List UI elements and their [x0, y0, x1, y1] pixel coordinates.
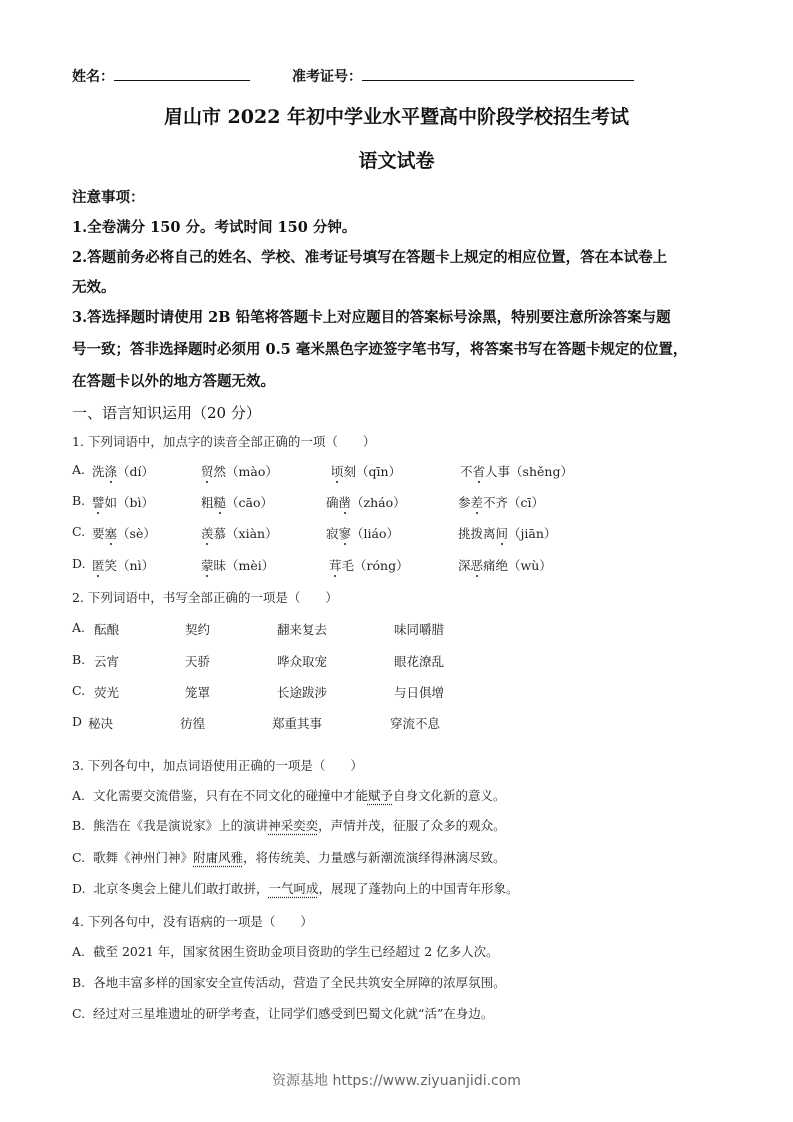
notice-item: 1.全卷满分 150 分。考试时间 150 分钟。 — [72, 216, 356, 237]
emphasized-phrase: 神采奕奕 — [268, 818, 318, 833]
q2-word: 契约 — [185, 620, 210, 638]
q1-b-item: 粗糙（cāo） — [201, 493, 273, 511]
exam-no-label: 准考证号： — [292, 69, 362, 85]
candidate-info-line: 姓名：准考证号： — [72, 66, 634, 86]
q2-option-b: B. 云宵 天骄 哗众取宠 眼花潦乱 — [72, 652, 85, 667]
footer-watermark: 资源基地 https://www.ziyuanjidi.com — [0, 1070, 793, 1090]
name-label: 姓名： — [72, 69, 114, 85]
q1-c-item: 羡慕（xiàn） — [201, 524, 278, 542]
notice-heading: 注意事项： — [72, 186, 145, 207]
q1-d-item: 茸毛（róng） — [329, 556, 409, 574]
q1-b-item: 确凿（zháo） — [326, 493, 406, 511]
q2-word: 云宵 — [94, 652, 119, 670]
q1-b-item: 参差不齐（cī） — [458, 493, 544, 511]
name-blank — [114, 66, 250, 81]
notice-item: 2.答题前务必将自己的姓名、学校、准考证号填写在答题卡上规定的相应位置，答在本试… — [72, 246, 667, 267]
q1-a-item: 不省人事（shěng） — [460, 462, 573, 480]
q2-option-a: A. 酝酿 契约 翻来复去 味同嚼腊 — [72, 620, 85, 635]
q3-option-a: A. 文化需要交流借鉴，只有在不同文化的碰撞中才能赋予自身文化新的意义。 — [72, 786, 506, 804]
q2-word: 郑重其事 — [272, 714, 322, 732]
q1-a-item: 洗涤（dí） — [92, 462, 154, 480]
q2-word: 荧光 — [94, 683, 119, 701]
exam-subject: 语文试卷 — [0, 146, 793, 173]
exam-title: 眉山市 2022 年初中学业水平暨高中阶段学校招生考试 — [0, 102, 793, 129]
q2-word: 秘决 — [88, 714, 113, 732]
notice-item: 3.答选择题时请使用 2B 铅笔将答题卡上对应题目的答案标号涂黑，特别要注意所涂… — [72, 306, 671, 327]
notice-item: 号一致；答非选择题时必须用 0.5 毫米黑色字迹签字笔书写，将答案书写在答题卡规… — [72, 338, 687, 359]
q4-option-c: C. 经过对三星堆遗址的研学考查，让同学们感受到巴蜀文化就“活”在身边。 — [72, 1004, 493, 1022]
q4-option-a: A. 截至 2021 年，国家贫困生资助金项目资助的学生已经超过 2 亿多人次。 — [72, 942, 499, 960]
q1-option-a: A. 洗涤（dí） 贸然（mào） 顷刻（qīn） 不省人事（shěng） — [72, 462, 85, 477]
q1-option-b: B. 譬如（bì） 粗糙（cāo） 确凿（zháo） 参差不齐（cī） — [72, 493, 85, 508]
q2-word: 味同嚼腊 — [394, 620, 444, 638]
q2-word: 笼罩 — [185, 683, 210, 701]
q2-word: 彷徨 — [180, 714, 205, 732]
exam-no-blank — [362, 66, 634, 81]
q2-word: 与日俱增 — [394, 683, 444, 701]
q1-b-item: 譬如（bì） — [92, 493, 154, 511]
q1-d-item: 深恶痛绝（wù） — [458, 556, 552, 574]
question-2-stem: 2. 下列词语中，书写全部正确的一项是（ ） — [72, 588, 338, 606]
q1-d-item: 蒙昧（mèi） — [201, 556, 274, 574]
q2-word: 穿流不息 — [390, 714, 440, 732]
q1-c-item: 寂寥（liáo） — [326, 524, 399, 542]
exam-page: 姓名：准考证号： 眉山市 2022 年初中学业水平暨高中阶段学校招生考试 语文试… — [0, 0, 793, 1122]
q1-c-item: 要塞（sè） — [92, 524, 156, 542]
emphasized-phrase: 附庸风雅 — [193, 850, 243, 865]
q2-word: 眼花潦乱 — [394, 652, 444, 670]
q1-c-item: 挑拨离间（jiān） — [458, 524, 556, 542]
q2-option-d: D 秘决 彷徨 郑重其事 穿流不息 — [72, 714, 82, 729]
notice-item: 无效。 — [72, 276, 116, 297]
q3-option-c: C. 歌舞《神州门神》附庸风雅，将传统美、力量感与新潮流演绎得淋漓尽致。 — [72, 848, 506, 866]
q4-option-b: B. 各地丰富多样的国家安全宣传活动，营造了全民共筑安全屏障的浓厚氛围。 — [72, 973, 506, 991]
q2-word: 哗众取宠 — [277, 652, 327, 670]
q1-option-c: C. 要塞（sè） 羡慕（xiàn） 寂寥（liáo） 挑拨离间（jiān） — [72, 524, 85, 539]
section-heading: 一、语言知识运用（20 分） — [72, 402, 261, 423]
q2-word: 翻来复去 — [277, 620, 327, 638]
emphasized-phrase: 一气呵成 — [269, 881, 319, 896]
q1-a-item: 贸然（mào） — [201, 462, 278, 480]
q1-d-item: 匿笑（nì） — [92, 556, 154, 574]
q3-option-d: D. 北京冬奥会上健儿们敢打敢拼，一气呵成，展现了蓬勃向上的中国青年形象。 — [72, 879, 519, 897]
q1-option-d: D. 匿笑（nì） 蒙昧（mèi） 茸毛（róng） 深恶痛绝（wù） — [72, 556, 86, 571]
notice-item: 在答题卡以外的地方答题无效。 — [72, 370, 275, 391]
q2-word: 长途跋涉 — [277, 683, 327, 701]
emphasized-phrase: 赋予 — [368, 788, 393, 803]
q2-word: 天骄 — [185, 652, 210, 670]
question-4-stem: 4. 下列各句中，没有语病的一项是（ ） — [72, 912, 313, 930]
question-3-stem: 3. 下列各句中，加点词语使用正确的一项是（ ） — [72, 756, 363, 774]
q2-word: 酝酿 — [94, 620, 119, 638]
q2-option-c: C. 荧光 笼罩 长途跋涉 与日俱增 — [72, 683, 85, 698]
q3-option-b: B. 熊浩在《我是演说家》上的演讲神采奕奕，声情并茂，征服了众多的观众。 — [72, 816, 506, 834]
q1-a-item: 顷刻（qīn） — [331, 462, 401, 480]
question-1-stem: 1. 下列词语中，加点字的读音全部正确的一项（ ） — [72, 432, 375, 450]
